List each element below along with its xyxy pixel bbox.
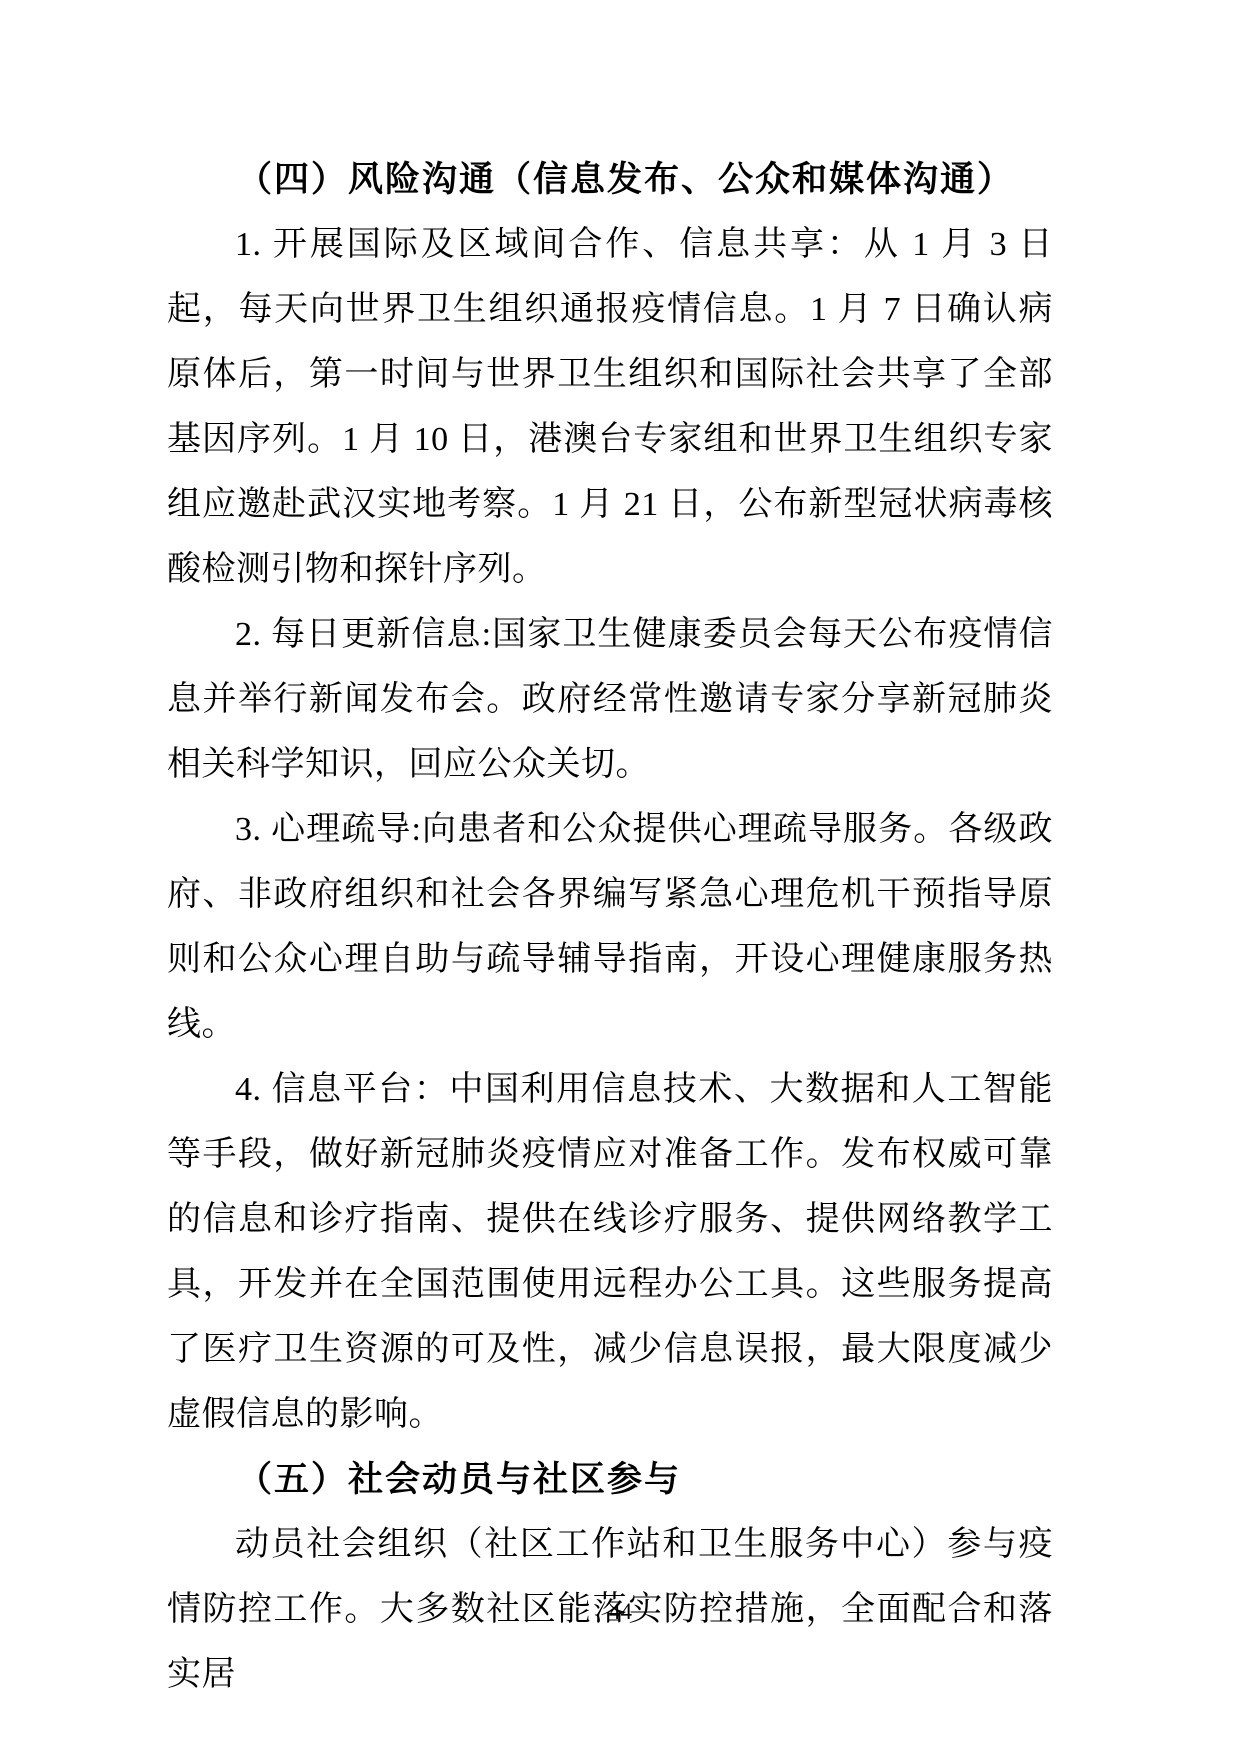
section-heading-social-mobilization: （五）社会动员与社区参与 [167,1447,1053,1512]
paragraph-information-platform: 4. 信息平台：中国利用信息技术、大数据和人工智能等手段，做好新冠肺炎疫情应对准… [167,1057,1053,1447]
section-heading-risk-communication: （四）风险沟通（信息发布、公众和媒体沟通） [167,147,1053,212]
paragraph-psychological-counseling: 3. 心理疏导:向患者和公众提供心理疏导服务。各级政府、非政府组织和社会各界编写… [167,797,1053,1057]
paragraph-daily-information-updates: 2. 每日更新信息:国家卫生健康委员会每天公布疫情信息并举行新闻发布会。政府经常… [167,602,1053,797]
document-body: （四）风险沟通（信息发布、公众和媒体沟通） 1. 开展国际及区域间合作、信息共享… [167,147,1053,1707]
paragraph-international-cooperation: 1. 开展国际及区域间合作、信息共享：从 1 月 3 日起，每天向世界卫生组织通… [167,212,1053,602]
document-page: （四）风险沟通（信息发布、公众和媒体沟通） 1. 开展国际及区域间合作、信息共享… [0,0,1241,1754]
page-number: 44 [0,1598,1241,1626]
